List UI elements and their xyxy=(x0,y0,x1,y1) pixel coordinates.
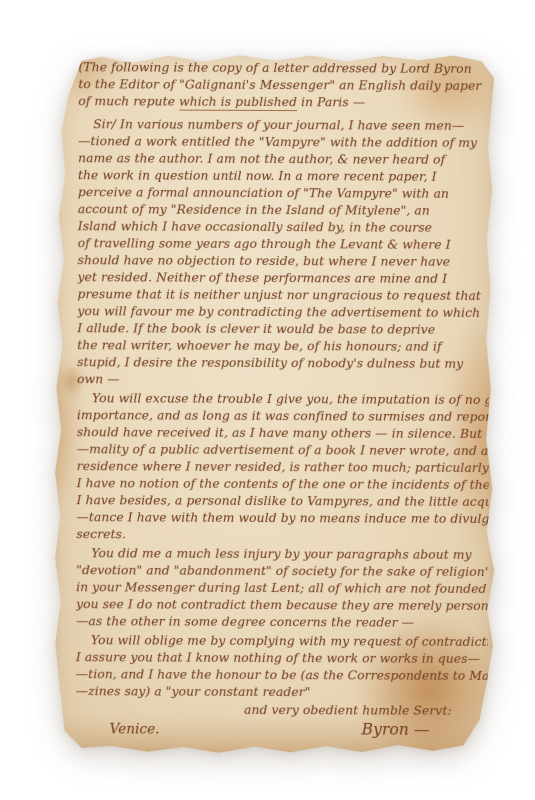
letter-line: of travelling some years ago through the… xyxy=(78,235,490,254)
letter-line: stupid, I desire the responsibility of n… xyxy=(77,354,489,373)
header-line-2: to the Editor of "Galignani's Messenger"… xyxy=(78,76,490,95)
letter-content: (The following is the copy of a letter a… xyxy=(49,46,498,759)
letter-photograph: (The following is the copy of a letter a… xyxy=(49,46,498,759)
letter-line: "devotion" and "abandonment" of society … xyxy=(76,562,488,581)
header-line-3-pre: of much repute xyxy=(78,94,179,108)
letter-line: You did me a much less injury by your pa… xyxy=(76,545,488,564)
letter-line: should have no objection to reside, but … xyxy=(78,252,490,271)
letter-line: I have no notion of the contents of the … xyxy=(77,475,489,494)
letter-closing: and very obedient humble Servt: xyxy=(76,701,488,720)
header-line-1: (The following is the copy of a letter a… xyxy=(78,59,490,78)
letter-page: (The following is the copy of a letter a… xyxy=(49,46,498,759)
letter-body: Sir/ In various numbers of your journal,… xyxy=(76,116,491,702)
letter-line: own — xyxy=(77,371,489,390)
letter-line: presume that it is neither unjust nor un… xyxy=(77,286,489,305)
letter-line: the work in question until now. In a mor… xyxy=(78,167,490,186)
letter-paragraph: Sir/ In various numbers of your journal,… xyxy=(77,116,490,390)
letter-paragraph: You did me a much less injury by your pa… xyxy=(76,545,488,632)
letter-line: you see I do not contradict them because… xyxy=(76,596,488,615)
letter-line: should have received it, as I have many … xyxy=(77,424,489,443)
letter-paragraph: You will oblige me by complying with my … xyxy=(76,632,488,702)
letter-line: —zines say) a "your constant reader" xyxy=(76,683,488,702)
letter-line: Island which I have occasionally sailed … xyxy=(78,218,490,237)
letter-line: I assure you that I know nothing of the … xyxy=(76,649,488,668)
letter-line: the real writer, whoever he may be, of h… xyxy=(77,337,489,356)
letter-signature: Byron — xyxy=(362,721,488,739)
letter-line: You will oblige me by complying with my … xyxy=(76,632,488,651)
letter-line: You will excuse the trouble I give you, … xyxy=(77,390,489,409)
letter-line: —tion, and I have the honour to be (as t… xyxy=(76,666,488,685)
letter-line: account of my "Residence in the Island o… xyxy=(78,201,490,220)
letter-paragraph: You will excuse the trouble I give you, … xyxy=(76,390,489,545)
letter-line: residence where I never resided, is rath… xyxy=(77,458,489,477)
letter-place: Venice. xyxy=(76,721,160,738)
letter-line: secrets. xyxy=(76,526,488,545)
header-line-3: of much repute which is published in Par… xyxy=(78,93,490,112)
letter-line: in your Messenger during last Lent; all … xyxy=(76,579,488,598)
letter-line: you will favour me by contradicting the … xyxy=(77,303,489,322)
header-line-3-post: in Paris — xyxy=(297,95,365,109)
letter-line: —tioned a work entitled the "Vampyre" wi… xyxy=(78,133,490,152)
letter-line: I allude. If the book is clever it would… xyxy=(77,320,489,339)
letter-line: name as the author. I am not the author,… xyxy=(78,150,490,169)
signature-row: Venice. Byron — xyxy=(76,720,488,740)
letter-line: —as the other in some degree concerns th… xyxy=(76,613,488,632)
letter-line: —mality of a public advertisement of a b… xyxy=(77,441,489,460)
letter-line: importance, and as long as it was confin… xyxy=(77,407,489,426)
letter-line: I have besides, a personal dislike to Va… xyxy=(77,492,489,511)
header-line-3-underlined: which is published xyxy=(179,95,297,112)
letter-line: Sir/ In various numbers of your journal,… xyxy=(78,116,490,135)
letter-line: —tance I have with them would by no mean… xyxy=(76,509,488,528)
letter-header: (The following is the copy of a letter a… xyxy=(78,59,490,112)
letter-line: yet resided. Neither of these performanc… xyxy=(78,269,490,288)
letter-line: perceive a formal announciation of "The … xyxy=(78,184,490,203)
